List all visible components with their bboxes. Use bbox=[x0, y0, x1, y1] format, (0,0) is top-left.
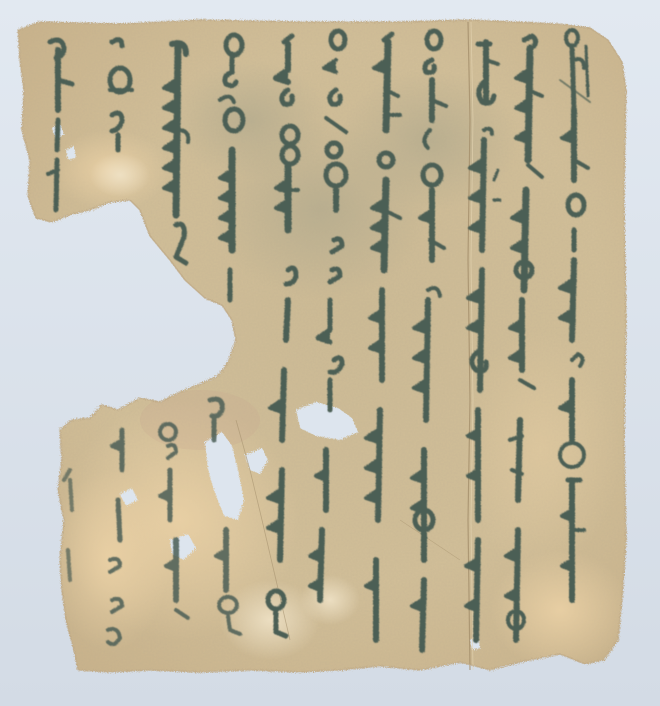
manuscript-photo: Fragment of a manuscript leaf written in… bbox=[0, 0, 660, 706]
manuscript-illustration bbox=[0, 0, 660, 706]
